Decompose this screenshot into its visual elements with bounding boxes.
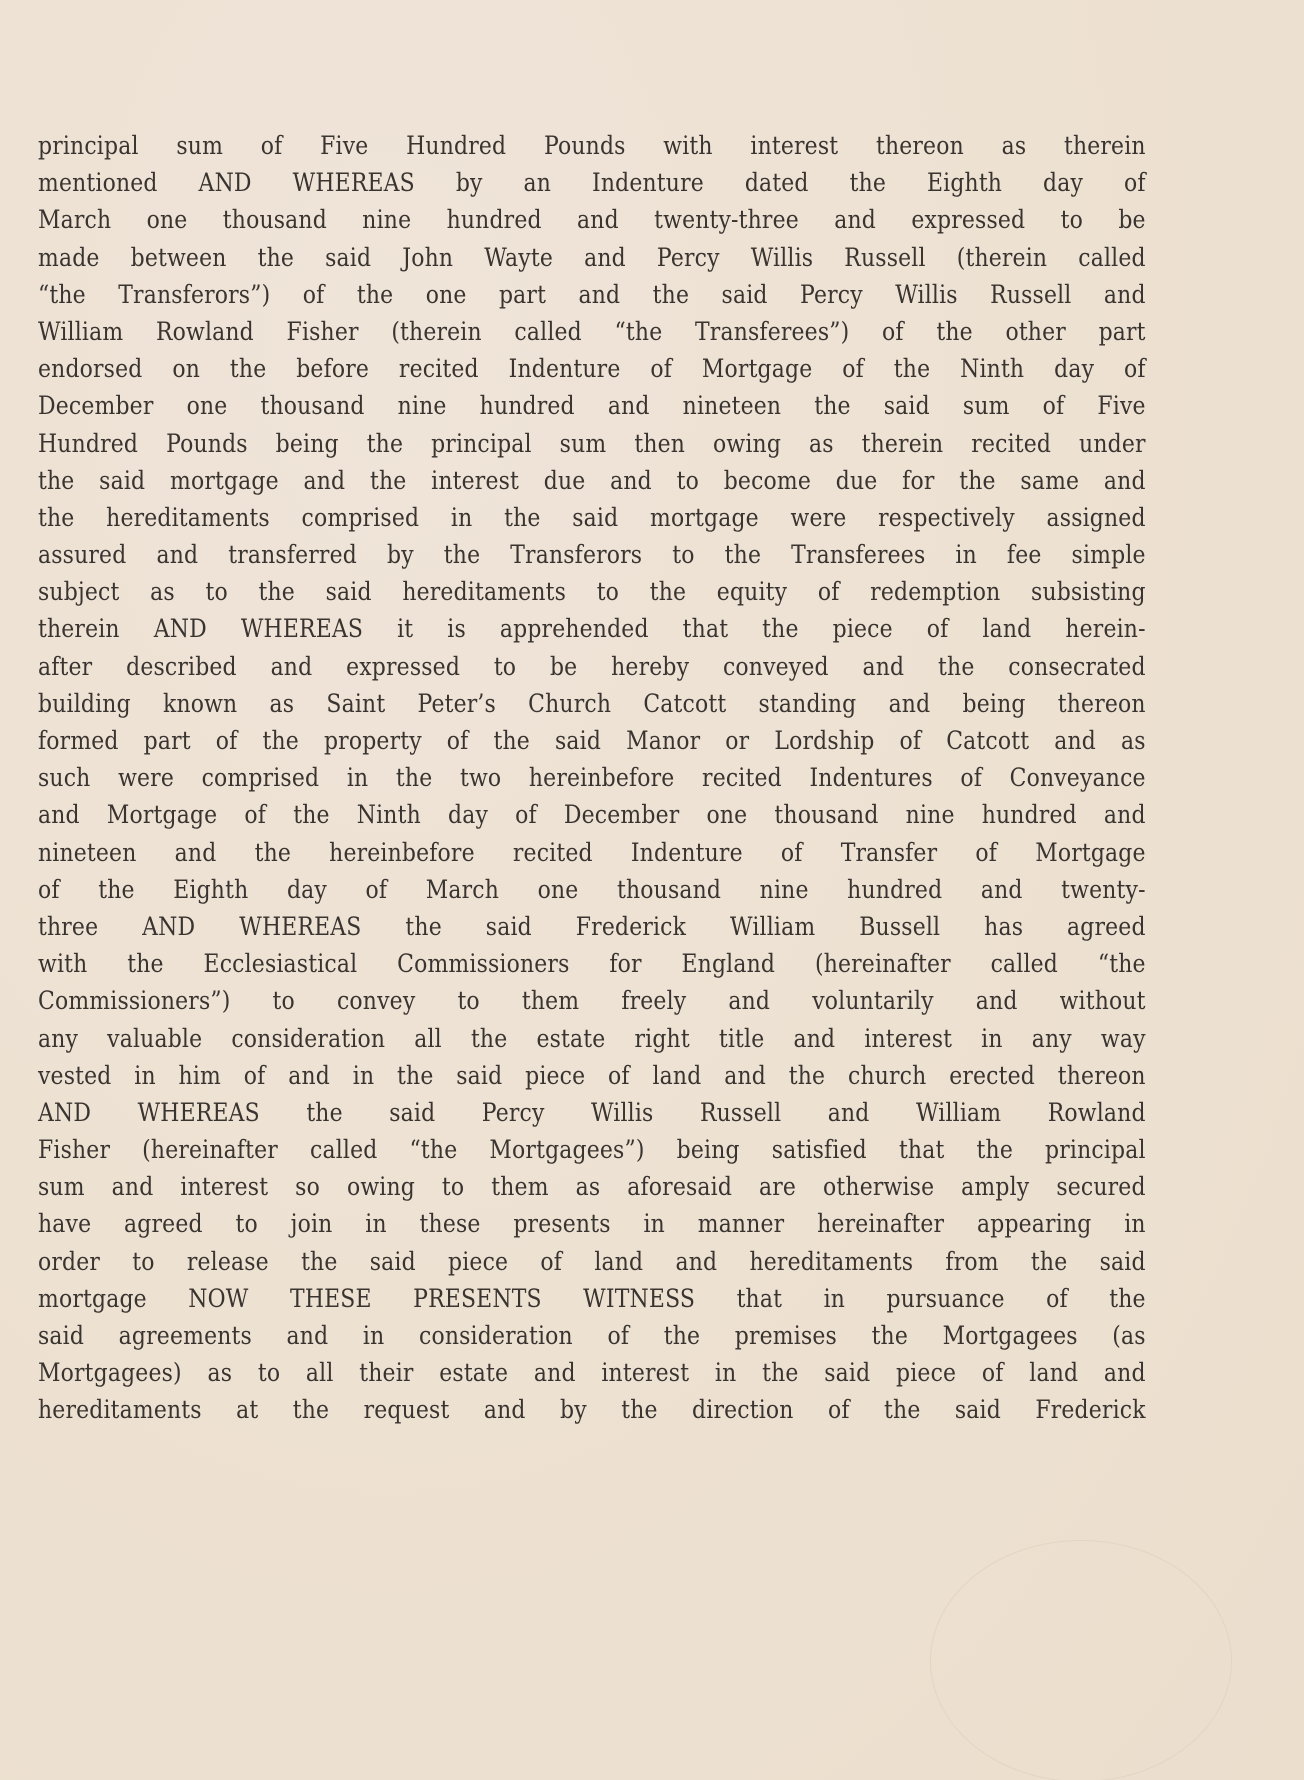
text-line: sum and interest so owing to them as afo…	[38, 1169, 1146, 1206]
text-line: December one thousand nine hundred and n…	[38, 388, 1146, 425]
text-line: mentioned AND WHEREAS by an Indenture da…	[38, 165, 1146, 202]
text-line: Mortgagees) as to all their estate and i…	[38, 1355, 1146, 1392]
paper-stain	[930, 1540, 1232, 1780]
text-line: assured and transferred by the Transfero…	[38, 537, 1146, 574]
text-line: after described and expressed to be here…	[38, 649, 1146, 686]
text-line: therein AND WHEREAS it is apprehended th…	[38, 611, 1146, 648]
text-line: AND WHEREAS the said Percy Willis Russel…	[38, 1095, 1146, 1132]
text-line: mortgage NOW THESE PRESENTS WITNESS that…	[38, 1281, 1146, 1318]
text-line: Fisher (hereinafter called “the Mortgage…	[38, 1132, 1146, 1169]
text-line: any valuable consideration all the estat…	[38, 1021, 1146, 1058]
text-line: the hereditaments comprised in the said …	[38, 500, 1146, 537]
text-line: William Rowland Fisher (therein called “…	[38, 314, 1146, 351]
text-line: “the Transferors”) of the one part and t…	[38, 277, 1146, 314]
text-line: Commissioners”) to convey to them freely…	[38, 983, 1146, 1020]
text-line: principal sum of Five Hundred Pounds wit…	[38, 128, 1146, 165]
text-line: building known as Saint Peter’s Church C…	[38, 686, 1146, 723]
text-line: formed part of the property of the said …	[38, 723, 1146, 760]
text-line: of the Eighth day of March one thousand …	[38, 872, 1146, 909]
text-line: subject as to the said hereditaments to …	[38, 574, 1146, 611]
text-line: have agreed to join in these presents in…	[38, 1206, 1146, 1243]
document-page: principal sum of Five Hundred Pounds wit…	[38, 128, 1146, 1430]
text-line: with the Ecclesiastical Commissioners fo…	[38, 946, 1146, 983]
text-line: three AND WHEREAS the said Frederick Wil…	[38, 909, 1146, 946]
text-line: said agreements and in consideration of …	[38, 1318, 1146, 1355]
text-line: March one thousand nine hundred and twen…	[38, 202, 1146, 239]
text-line: hereditaments at the request and by the …	[38, 1392, 1146, 1429]
text-line: made between the said John Wayte and Per…	[38, 240, 1146, 277]
text-line: vested in him of and in the said piece o…	[38, 1058, 1146, 1095]
text-line: the said mortgage and the interest due a…	[38, 463, 1146, 500]
text-line: order to release the said piece of land …	[38, 1244, 1146, 1281]
text-line: and Mortgage of the Ninth day of Decembe…	[38, 797, 1146, 834]
text-line: such were comprised in the two hereinbef…	[38, 760, 1146, 797]
text-line: endorsed on the before recited Indenture…	[38, 351, 1146, 388]
text-line: Hundred Pounds being the principal sum t…	[38, 426, 1146, 463]
text-line: nineteen and the hereinbefore recited In…	[38, 835, 1146, 872]
